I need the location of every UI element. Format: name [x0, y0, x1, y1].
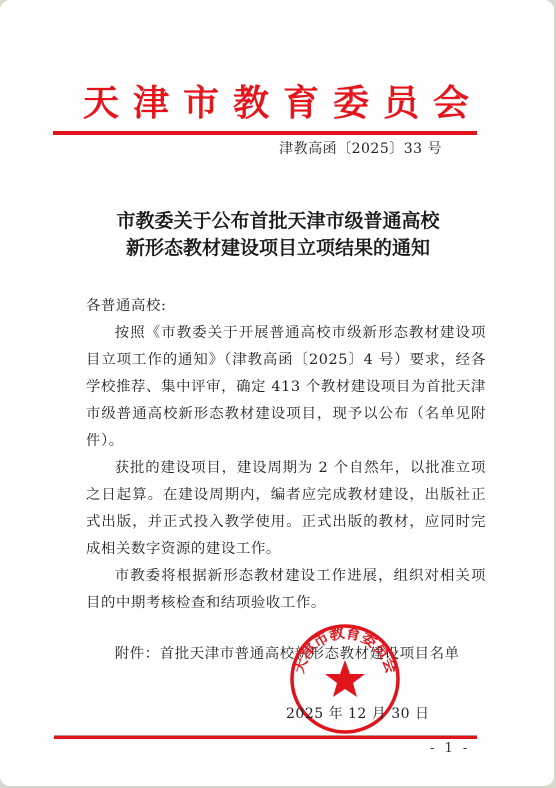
issue-date: 2025 年 12 月 30 日 — [286, 703, 430, 723]
salutation: 各普通高校: — [86, 293, 486, 320]
document-number: 津教高函〔2025〕33 号 — [279, 138, 442, 158]
page-number: - 1 - — [430, 741, 470, 756]
title-line-1: 市教委关于公布首批天津市级普通高校 — [0, 208, 554, 235]
document-title: 市教委关于公布首批天津市级普通高校 新形态教材建设项目立项结果的通知 — [0, 208, 554, 262]
paragraph-1: 按照《市教委关于开展普通高校市级新形态教材建设项目立项工作的通知》（津教高函〔2… — [86, 320, 486, 455]
document-page: 天津市教育委员会 津教高函〔2025〕33 号 市教委关于公布首批天津市级普通高… — [0, 0, 554, 786]
paragraph-2: 获批的建设项目，建设周期为 2 个自然年，以批准立项之日起算。在建设周期内，编者… — [86, 455, 486, 563]
masthead-red-rule — [53, 131, 477, 135]
title-line-2: 新形态教材建设项目立项结果的通知 — [0, 235, 554, 262]
footer-red-rule — [54, 736, 477, 739]
attachment-note: 附件：首批天津市普通高校新形态教材建设项目名单 — [86, 641, 486, 668]
star-icon — [325, 660, 365, 697]
masthead-org-name: 天津市教育委员会 — [0, 82, 554, 126]
paragraph-3: 市教委将根据新形态教材建设工作进展，组织对相关项目的中期考核检查和结项验收工作。 — [86, 563, 486, 617]
document-body: 各普通高校: 按照《市教委关于开展普通高校市级新形态教材建设项目立项工作的通知》… — [86, 293, 486, 668]
